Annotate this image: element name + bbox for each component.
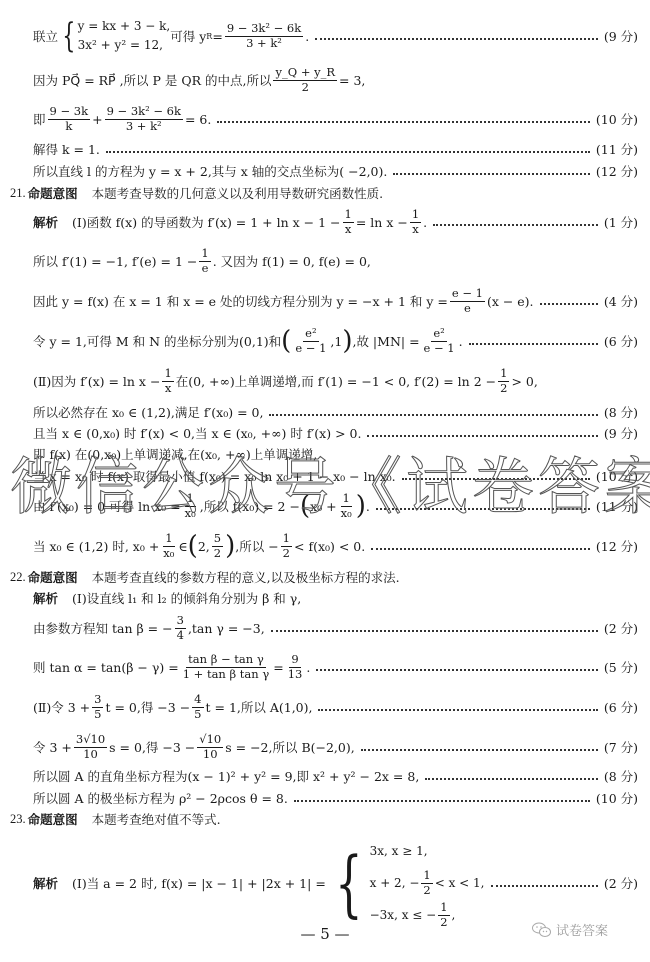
section-label: 解析: [33, 874, 58, 892]
dot-leader: [318, 709, 597, 711]
text: 所以圆 A 的极坐标方程为 ρ² − 2ρcos θ = 8.: [33, 789, 288, 807]
solution-line: 当 x₀ ∈ (1,2) 时, x₀ + 1x₀ ∈ ( 2, 52 ) ,所以…: [33, 528, 638, 564]
solution-line: 所以直线 l 的方程为 y = x + 2,其与 x 轴的交点坐标为( −2,0…: [33, 162, 638, 180]
dot-leader: [425, 778, 598, 780]
dot-leader: [433, 224, 598, 226]
text: (Ⅱ)因为 f′(x) = ln x −: [33, 372, 160, 390]
text: t = 0,得 −3 −: [105, 698, 190, 716]
dot-leader: [315, 38, 598, 40]
section-label: 命题意图: [28, 568, 78, 586]
text: 本题考查导数的几何意义以及利用导数研究函数性质.: [92, 184, 383, 202]
text: 2,: [198, 539, 210, 554]
score-label: (8 分): [604, 403, 638, 421]
fraction: 12: [498, 367, 509, 394]
fraction: e²e − 1: [422, 327, 457, 354]
question-number: 22.: [10, 570, 26, 585]
fraction: 1x: [410, 208, 421, 235]
text: 令 3 +: [33, 738, 72, 756]
question-number: 23.: [10, 812, 26, 827]
text: 即: [33, 110, 46, 128]
text: =: [212, 29, 222, 44]
solution-line: 所以必然存在 x₀ ∈ (1,2),满足 f′(x₀) = 0, (8 分): [33, 403, 638, 421]
text: 解得 k = 1.: [33, 140, 100, 158]
solution-line: 令 3 + 3√1010 s = 0,得 −3 − √1010 s = −2,所…: [33, 729, 638, 765]
text: 联立: [33, 27, 58, 45]
solution-line: 因此 y = f(x) 在 x = 1 和 x = e 处的切线方程分别为 y …: [33, 284, 638, 318]
text: =: [273, 660, 283, 675]
fraction: 9 − 3kk: [48, 105, 91, 132]
score-label: (5 分): [604, 658, 638, 676]
fraction: 45: [192, 693, 203, 720]
text: 当 x₀ ∈ (1,2) 时, x₀ +: [33, 537, 159, 555]
question-header: 21. 命题意图 本题考查导数的几何意义以及利用导数研究函数性质.: [10, 184, 638, 202]
text: 所以必然存在 x₀ ∈ (1,2),满足 f′(x₀) = 0,: [33, 403, 263, 421]
solution-line: 所以 f′(1) = −1, f′(e) = 1 − 1e . 又因为 f(1)…: [33, 244, 638, 278]
solution-line: 联立 { y = kx + 3 − k, 3x² + y² = 12, 可得 y…: [33, 14, 638, 58]
text: s = −2,所以 B(−2,0),: [225, 738, 354, 756]
text: .: [306, 660, 310, 675]
text: 所以直线 l 的方程为 y = x + 2,其与 x 轴的交点坐标为( −2,0…: [33, 162, 387, 180]
dot-leader: [271, 630, 598, 632]
text: > 0,: [511, 374, 537, 389]
text: (x − e).: [487, 294, 534, 309]
fraction: 1x: [343, 208, 354, 235]
question-header: 22. 命题意图 本题考查直线的参数方程的意义,以及极坐标方程的求法.: [10, 568, 638, 586]
equation: y = kx + 3 − k,: [78, 17, 171, 36]
section-label: 解析: [33, 589, 58, 607]
fraction: √1010: [197, 733, 223, 760]
text: 在(0, +∞)上单调递增,而 f′(1) = −1 < 0, f′(2) = …: [176, 372, 496, 390]
score-label: (1 分): [604, 213, 638, 231]
section-label: 命题意图: [28, 184, 78, 202]
solution-line: 由参数方程知 tan β = − 34 ,tan γ = −3, (2 分): [33, 611, 638, 645]
fraction: 34: [175, 614, 186, 641]
fraction: 12: [281, 532, 292, 559]
score-label: (11 分): [596, 140, 638, 158]
fraction: 52: [212, 532, 223, 559]
dot-leader: [371, 548, 590, 550]
dot-leader: [106, 151, 590, 153]
text: = ln x −: [356, 215, 408, 230]
equation-system: { y = kx + 3 − k, 3x² + y² = 12,: [58, 17, 170, 54]
fraction: 9 − 3k² − 6k3 + k²: [105, 105, 183, 132]
score-label: (7 分): [604, 738, 638, 756]
text: 本题考查直线的参数方程的意义,以及极坐标方程的求法.: [92, 568, 400, 586]
document-page: 联立 { y = kx + 3 − k, 3x² + y² = 12, 可得 y…: [0, 0, 650, 962]
equation: 3x² + y² = 12,: [78, 36, 171, 55]
text: 由参数方程知 tan β = −: [33, 619, 173, 637]
text: .: [423, 215, 427, 230]
text: 因此 y = f(x) 在 x = 1 和 x = e 处的切线方程分别为 y …: [33, 292, 448, 310]
fraction: tan β − tan γ1 + tan β tan γ: [181, 653, 272, 680]
section-label: 命题意图: [28, 810, 78, 828]
solution-line: 令 y = 1,可得 M 和 N 的坐标分别为(0,1)和 ( e²e − 1 …: [33, 323, 638, 359]
text: 可得 y: [170, 27, 206, 45]
score-label: (10 分): [596, 110, 638, 128]
fraction: e − 1e: [450, 287, 485, 314]
text: < f(x₀) < 0.: [294, 539, 365, 554]
text: ,所以 −: [235, 537, 278, 555]
solution-line: (Ⅱ)令 3 + 35 t = 0,得 −3 − 45 t = 1,所以 A(1…: [33, 689, 638, 725]
score-label: (12 分): [596, 162, 638, 180]
solution-line: 所以圆 A 的直角坐标方程为(x − 1)² + y² = 9,即 x² + y…: [33, 767, 638, 785]
dot-leader: [217, 121, 590, 123]
dot-leader: [269, 414, 597, 416]
solution-line: 则 tan α = tan(β − γ) = tan β − tan γ1 + …: [33, 649, 638, 685]
text: 则 tan α = tan(β − γ) =: [33, 658, 179, 676]
solution-line: 解得 k = 1. (11 分): [33, 140, 638, 158]
text: (Ⅰ)当 a = 2 时, f(x) = |x − 1| + |2x + 1| …: [72, 874, 326, 892]
score-label: (8 分): [604, 767, 638, 785]
section-label: 解析: [33, 213, 58, 231]
question-header: 23. 命题意图 本题考查绝对值不等式.: [10, 810, 638, 828]
fraction: 35: [92, 693, 103, 720]
dot-leader: [316, 669, 597, 671]
solution-line: 因为 PQ⃗ = RP⃗ ,所以 P 是 QR 的中点,所以 y_Q + y_R…: [33, 63, 638, 97]
text: ,故 |MN| =: [352, 332, 419, 350]
text: . 又因为 f(1) = 0, f(e) = 0,: [213, 252, 371, 270]
score-label: (10 分): [596, 789, 638, 807]
footer-logo-text: 试卷答案: [556, 920, 608, 939]
dot-leader: [469, 343, 598, 345]
fraction: 913: [286, 653, 305, 680]
score-label: (9 分): [604, 27, 638, 45]
text: 所以 f′(1) = −1, f′(e) = 1 −: [33, 252, 197, 270]
solution-line: 解析 (Ⅰ)设直线 l₁ 和 l₂ 的倾斜角分别为 β 和 γ,: [33, 589, 638, 607]
case-row: x + 2, − 12 < x < 1,: [370, 867, 485, 899]
case-row: 3x, x ≥ 1,: [370, 835, 485, 867]
watermark: 微信公众号《试卷答案》: [10, 437, 650, 526]
wechat-icon: [532, 922, 552, 938]
solution-line: 解析 (Ⅰ)函数 f(x) 的导函数为 f′(x) = 1 + ln x − 1…: [33, 205, 638, 239]
text: s = 0,得 −3 −: [109, 738, 195, 756]
text: 所以圆 A 的直角坐标方程为(x − 1)² + y² = 9,即 x² + y…: [33, 767, 419, 785]
text: (Ⅱ)令 3 +: [33, 698, 90, 716]
solution-line: 即 9 − 3kk + 9 − 3k² − 6k3 + k² = 6. (10 …: [33, 101, 638, 137]
fraction: 9 − 3k² − 6k3 + k²: [225, 22, 303, 49]
text: = 6.: [185, 112, 211, 127]
dot-leader: [361, 749, 598, 751]
footer-logo: 试卷答案: [532, 920, 608, 939]
solution-line: 所以圆 A 的极坐标方程为 ρ² − 2ρcos θ = 8. (10 分): [33, 789, 638, 807]
text: = 3,: [339, 73, 365, 88]
text: t = 1,所以 A(1,0),: [206, 698, 313, 716]
fraction: 3√1010: [74, 733, 107, 760]
text: ,tan γ = −3,: [188, 621, 265, 636]
text: (Ⅰ)函数 f(x) 的导函数为 f′(x) = 1 + ln x − 1 −: [72, 213, 341, 231]
dot-leader: [393, 173, 590, 175]
dot-leader: [491, 885, 598, 887]
text: (Ⅰ)设直线 l₁ 和 l₂ 的倾斜角分别为 β 和 γ,: [72, 589, 301, 607]
text: ∈: [178, 539, 187, 554]
dot-leader: [540, 303, 598, 305]
score-label: (4 分): [604, 292, 638, 310]
text: .: [305, 29, 309, 44]
score-label: (12 分): [596, 537, 638, 555]
fraction: 1x: [162, 367, 173, 394]
score-label: (6 分): [604, 332, 638, 350]
score-label: (6 分): [604, 698, 638, 716]
solution-line: (Ⅱ)因为 f′(x) = ln x − 1x 在(0, +∞)上单调递增,而 …: [33, 364, 638, 398]
fraction: y_Q + y_R2: [273, 66, 337, 93]
solution-line: 解析 (Ⅰ)当 a = 2 时, f(x) = |x − 1| + |2x + …: [33, 835, 638, 931]
score-label: (2 分): [604, 619, 638, 637]
text: .: [459, 334, 463, 349]
text: 本题考查绝对值不等式.: [92, 810, 221, 828]
dot-leader: [294, 800, 590, 802]
question-number: 21.: [10, 186, 26, 201]
fraction: 1x₀: [161, 532, 176, 559]
fraction: e²e − 1: [293, 327, 328, 354]
text: ,1: [330, 334, 342, 349]
piecewise-function: { 3x, x ≥ 1, x + 2, − 12 < x < 1, −3x, x…: [326, 835, 485, 931]
score-label: (2 分): [604, 874, 638, 892]
text: 因为 PQ⃗ = RP⃗ ,所以 P 是 QR 的中点,所以: [33, 71, 271, 89]
text: +: [92, 112, 102, 127]
text: 令 y = 1,可得 M 和 N 的坐标分别为(0,1)和: [33, 332, 281, 350]
fraction: 1e: [199, 247, 210, 274]
